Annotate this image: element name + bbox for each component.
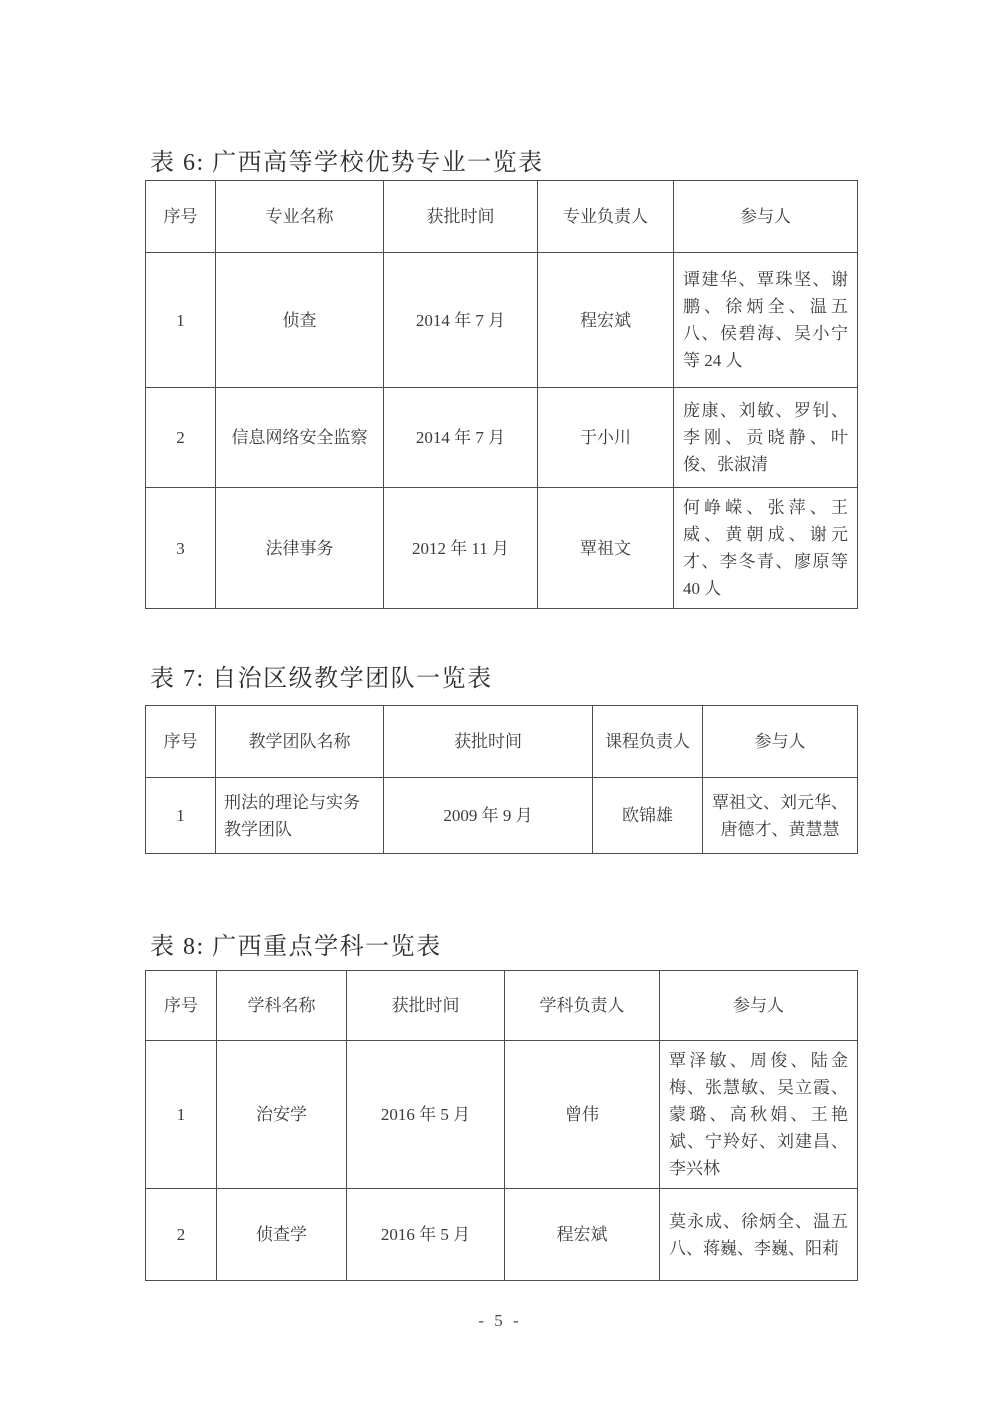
- cell-approval-time: 2012 年 11 月: [384, 488, 538, 609]
- cell-seq: 1: [146, 1041, 217, 1189]
- table6-header-participants: 参与人: [674, 181, 858, 253]
- cell-discipline: 治安学: [217, 1041, 347, 1189]
- cell-seq: 2: [146, 388, 216, 488]
- table7: 序号 教学团队名称 获批时间 课程负责人 参与人 1 刑法的理论与实务教学团队 …: [145, 705, 858, 854]
- cell-participants: 何峥嵘、张萍、王威、黄朝成、谢元才、李冬青、廖原等 40 人: [674, 488, 858, 609]
- cell-approval-time: 2016 年 5 月: [347, 1189, 505, 1281]
- table7-header-leader: 课程负责人: [593, 706, 703, 778]
- table6-header-leader: 专业负责人: [538, 181, 674, 253]
- table8-header-participants: 参与人: [660, 971, 858, 1041]
- table-row: 1 治安学 2016 年 5 月 曾伟 覃泽敏、周俊、陆金梅、张慧敏、吴立霞、蒙…: [146, 1041, 858, 1189]
- page-number: - 5 -: [0, 1311, 1000, 1331]
- table8-header-approval-time: 获批时间: [347, 971, 505, 1041]
- table8: 序号 学科名称 获批时间 学科负责人 参与人 1 治安学 2016 年 5 月 …: [145, 970, 858, 1281]
- cell-approval-time: 2014 年 7 月: [384, 388, 538, 488]
- cell-participants: 覃泽敏、周俊、陆金梅、张慧敏、吴立霞、蒙璐、高秋娟、王艳斌、宁羚好、刘建昌、李兴…: [660, 1041, 858, 1189]
- table7-header-row: 序号 教学团队名称 获批时间 课程负责人 参与人: [146, 706, 858, 778]
- cell-team: 刑法的理论与实务教学团队: [216, 778, 384, 854]
- table7-title: 表 7: 自治区级教学团队一览表: [150, 658, 493, 693]
- cell-major: 侦查: [216, 253, 384, 388]
- table-row: 2 信息网络安全监察 2014 年 7 月 于小川 庞康、刘敏、罗钊、李刚、贡晓…: [146, 388, 858, 488]
- cell-seq: 2: [146, 1189, 217, 1281]
- cell-leader: 程宏斌: [505, 1189, 660, 1281]
- table6-header-row: 序号 专业名称 获批时间 专业负责人 参与人: [146, 181, 858, 253]
- cell-major: 信息网络安全监察: [216, 388, 384, 488]
- table8-header-row: 序号 学科名称 获批时间 学科负责人 参与人: [146, 971, 858, 1041]
- table8-title: 表 8: 广西重点学科一览表: [150, 926, 442, 961]
- cell-seq: 3: [146, 488, 216, 609]
- cell-approval-time: 2014 年 7 月: [384, 253, 538, 388]
- document-page: 表 6: 广西高等学校优势专业一览表 序号 专业名称 获批时间 专业负责人 参与…: [0, 0, 1000, 1414]
- cell-leader: 欧锦雄: [593, 778, 703, 854]
- table6-header-approval-time: 获批时间: [384, 181, 538, 253]
- table7-header-team: 教学团队名称: [216, 706, 384, 778]
- cell-discipline: 侦查学: [217, 1189, 347, 1281]
- table-row: 2 侦查学 2016 年 5 月 程宏斌 莫永成、徐炳全、温五八、蒋巍、李巍、阳…: [146, 1189, 858, 1281]
- table6-header-seq: 序号: [146, 181, 216, 253]
- cell-participants: 谭建华、覃珠坚、谢鹏、徐炳全、温五八、侯碧海、吴小宁等 24 人: [674, 253, 858, 388]
- table8-header-seq: 序号: [146, 971, 217, 1041]
- cell-seq: 1: [146, 253, 216, 388]
- table7-header-seq: 序号: [146, 706, 216, 778]
- table6-header-major: 专业名称: [216, 181, 384, 253]
- table-row: 1 刑法的理论与实务教学团队 2009 年 9 月 欧锦雄 覃祖文、刘元华、唐德…: [146, 778, 858, 854]
- cell-approval-time: 2016 年 5 月: [347, 1041, 505, 1189]
- table8-header-discipline: 学科名称: [217, 971, 347, 1041]
- cell-leader: 曾伟: [505, 1041, 660, 1189]
- cell-seq: 1: [146, 778, 216, 854]
- cell-major: 法律事务: [216, 488, 384, 609]
- cell-leader: 程宏斌: [538, 253, 674, 388]
- table7-header-participants: 参与人: [703, 706, 858, 778]
- cell-participants: 覃祖文、刘元华、唐德才、黄慧慧: [703, 778, 858, 854]
- table-row: 1 侦查 2014 年 7 月 程宏斌 谭建华、覃珠坚、谢鹏、徐炳全、温五八、侯…: [146, 253, 858, 388]
- cell-leader: 覃祖文: [538, 488, 674, 609]
- cell-participants: 庞康、刘敏、罗钊、李刚、贡晓静、叶俊、张淑清: [674, 388, 858, 488]
- cell-leader: 于小川: [538, 388, 674, 488]
- table6: 序号 专业名称 获批时间 专业负责人 参与人 1 侦查 2014 年 7 月 程…: [145, 180, 858, 609]
- table8-header-leader: 学科负责人: [505, 971, 660, 1041]
- table7-header-approval-time: 获批时间: [384, 706, 593, 778]
- table-row: 3 法律事务 2012 年 11 月 覃祖文 何峥嵘、张萍、王威、黄朝成、谢元才…: [146, 488, 858, 609]
- cell-participants: 莫永成、徐炳全、温五八、蒋巍、李巍、阳莉: [660, 1189, 858, 1281]
- cell-approval-time: 2009 年 9 月: [384, 778, 593, 854]
- table6-title: 表 6: 广西高等学校优势专业一览表: [150, 142, 544, 177]
